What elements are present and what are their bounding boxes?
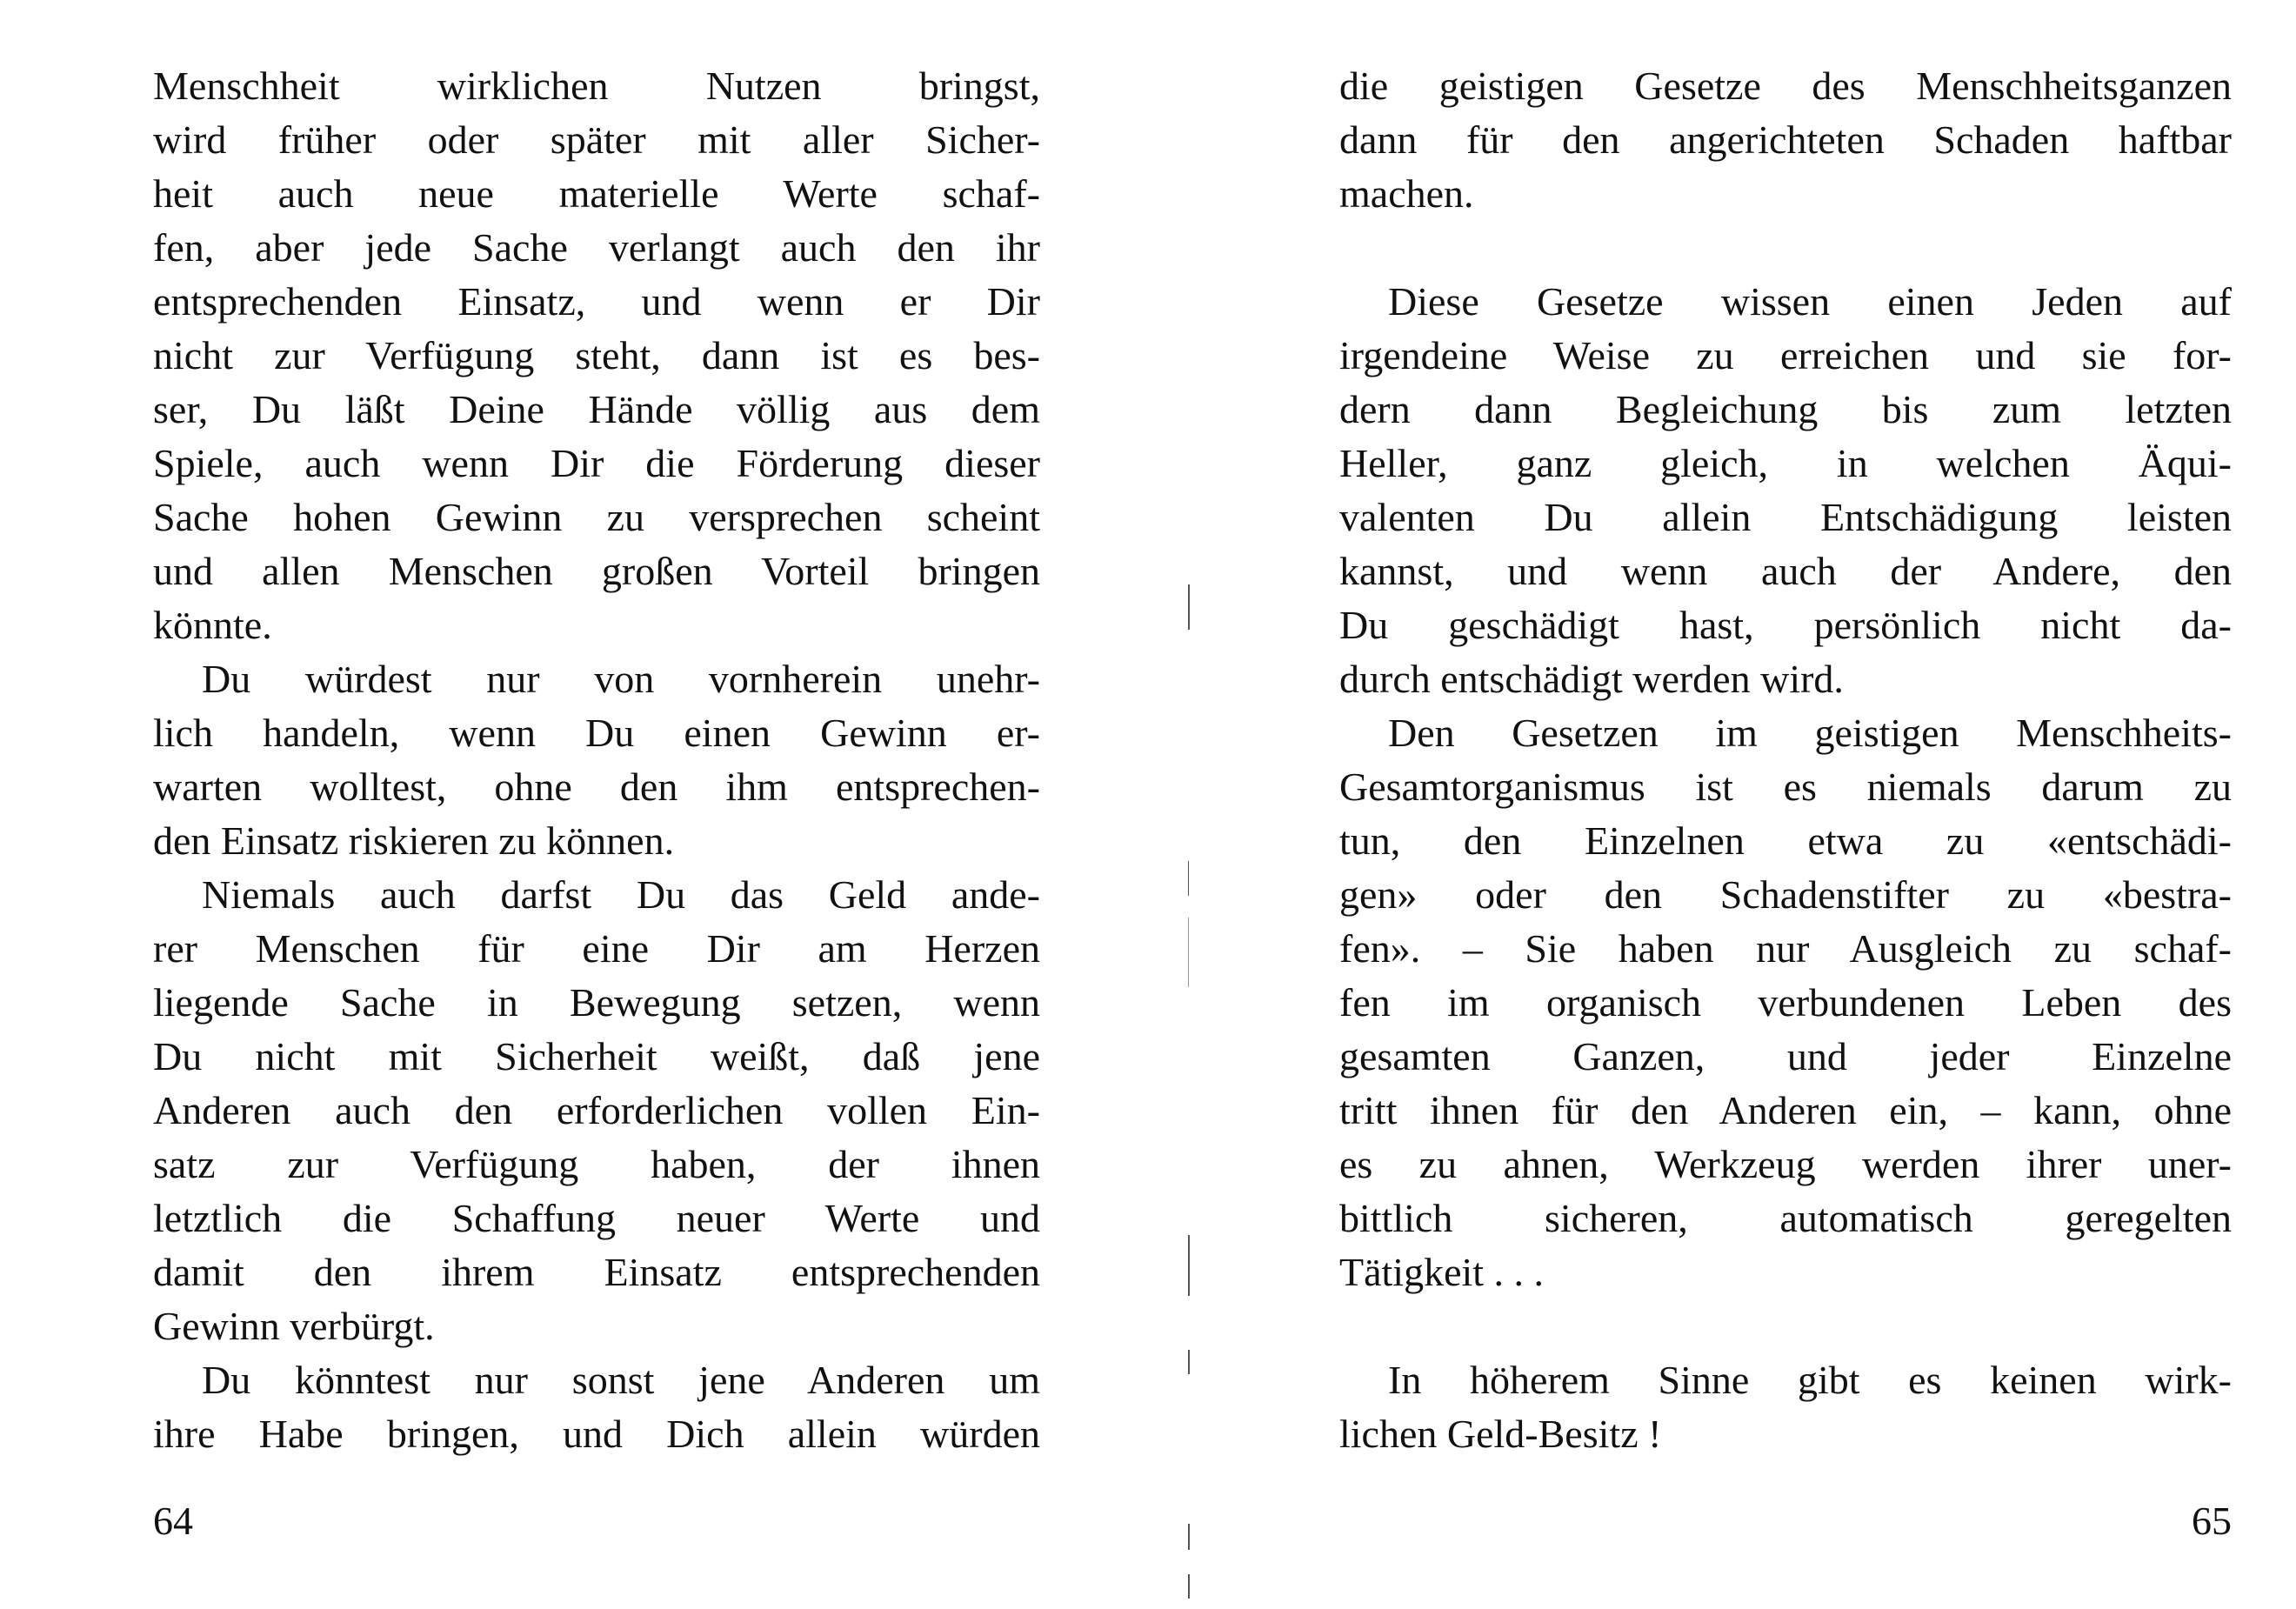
page-number-left: 64 (153, 1494, 193, 1548)
text-line: ihre Habe bringen, und Dich allein würde… (153, 1407, 1040, 1461)
text-line: In höherem Sinne gibt es keinen wirk- (1339, 1353, 2232, 1407)
text-line: irgendeine Weise zu erreichen und sie fo… (1339, 329, 2232, 383)
text-line: rer Menschen für eine Dir am Herzen (153, 922, 1040, 976)
text-line: Spiele, auch wenn Dir die Förderung dies… (153, 437, 1040, 491)
page-number-right: 65 (2192, 1494, 2232, 1548)
text-line: ser, Du läßt Deine Hände völlig aus dem (153, 383, 1040, 437)
gutter-mark (1188, 584, 1190, 630)
gutter-mark (1188, 1524, 1190, 1550)
text-line: lichen Geld-Besitz ! (1339, 1407, 2232, 1461)
gutter-mark (1188, 1235, 1190, 1296)
gutter-mark (1188, 1350, 1190, 1374)
text-line: fen, aber jede Sache verlangt auch den i… (153, 221, 1040, 275)
text-line: dann für den angerichteten Schaden haftb… (1339, 113, 2232, 167)
text-line: Du könntest nur sonst jene Anderen um (153, 1353, 1040, 1407)
text-line: Menschheit wirklichen Nutzen bringst, (153, 59, 1040, 113)
text-line: letztlich die Schaffung neuer Werte und (153, 1192, 1040, 1245)
text-line: durch entschädigt werden wird. (1339, 652, 2232, 706)
text-line: tun, den Einzelnen etwa zu «entschädi- (1339, 814, 2232, 868)
text-line: satz zur Verfügung haben, der ihnen (153, 1138, 1040, 1192)
text-line: Sache hohen Gewinn zu versprechen schein… (153, 491, 1040, 544)
text-line: Gewinn verbürgt. (153, 1299, 1040, 1353)
text-line: fen». – Sie haben nur Ausgleich zu schaf… (1339, 922, 2232, 976)
text-line: gen» oder den Schadenstifter zu «bestra- (1339, 868, 2232, 922)
text-line (1339, 221, 2232, 275)
text-line: Du würdest nur von vornherein unehr- (153, 652, 1040, 706)
text-line: Den Gesetzen im geistigen Menschheits- (1339, 706, 2232, 760)
text-line: lich handeln, wenn Du einen Gewinn er- (153, 706, 1040, 760)
text-line: die geistigen Gesetze des Menschheitsgan… (1339, 59, 2232, 113)
text-line: machen. (1339, 167, 2232, 221)
text-line: könnte. (153, 598, 1040, 652)
text-line: bittlich sicheren, automatisch geregelte… (1339, 1192, 2232, 1245)
text-line: es zu ahnen, Werkzeug werden ihrer uner- (1339, 1138, 2232, 1192)
text-line: Diese Gesetze wissen einen Jeden auf (1339, 275, 2232, 329)
text-line (1339, 1299, 2232, 1353)
text-line: liegende Sache in Bewegung setzen, wenn (153, 976, 1040, 1030)
gutter-mark (1188, 1574, 1190, 1599)
text-line: und allen Menschen großen Vorteil bringe… (153, 544, 1040, 598)
right-page: die geistigen Gesetze des Menschheitsgan… (1339, 0, 2232, 1609)
text-line: nicht zur Verfügung steht, dann ist es b… (153, 329, 1040, 383)
text-line: fen im organisch verbundenen Leben des (1339, 976, 2232, 1030)
text-line: Anderen auch den erforderlichen vollen E… (153, 1084, 1040, 1138)
gutter-mark (1188, 918, 1189, 987)
text-line: dern dann Begleichung bis zum letzten (1339, 383, 2232, 437)
gutter-mark (1188, 861, 1189, 896)
text-line: warten wolltest, ohne den ihm entspreche… (153, 760, 1040, 814)
text-line: Gesamtorganismus ist es niemals darum zu (1339, 760, 2232, 814)
left-page: Menschheit wirklichen Nutzen bringst,wir… (153, 0, 1040, 1609)
text-line: damit den ihrem Einsatz entsprechenden (153, 1245, 1040, 1299)
text-line: Du geschädigt hast, persönlich nicht da- (1339, 598, 2232, 652)
text-line: Tätigkeit . . . (1339, 1245, 2232, 1299)
text-line: gesamten Ganzen, und jeder Einzelne (1339, 1030, 2232, 1084)
text-line: wird früher oder später mit aller Sicher… (153, 113, 1040, 167)
text-line: valenten Du allein Entschädigung leisten (1339, 491, 2232, 544)
text-line: Du nicht mit Sicherheit weißt, daß jene (153, 1030, 1040, 1084)
text-line: heit auch neue materielle Werte schaf- (153, 167, 1040, 221)
text-line: tritt ihnen für den Anderen ein, – kann,… (1339, 1084, 2232, 1138)
text-line: kannst, und wenn auch der Andere, den (1339, 544, 2232, 598)
text-line: Heller, ganz gleich, in welchen Äqui- (1339, 437, 2232, 491)
text-line: Niemals auch darfst Du das Geld ande- (153, 868, 1040, 922)
text-line: entsprechenden Einsatz, und wenn er Dir (153, 275, 1040, 329)
text-line: den Einsatz riskieren zu können. (153, 814, 1040, 868)
